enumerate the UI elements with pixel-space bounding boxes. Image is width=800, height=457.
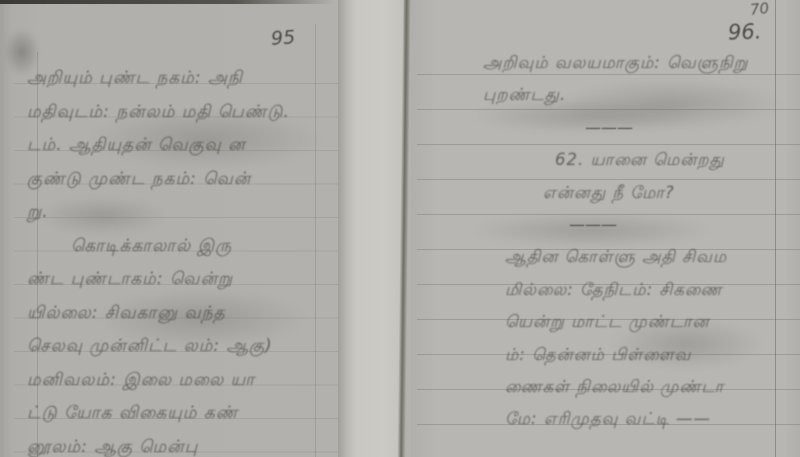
handwriting-line: யென்று மாட்ட முண்டான xyxy=(505,306,795,338)
handwriting-line: யில்லை: சிவகானு வந்த xyxy=(27,296,332,330)
handwritten-answer: ஆதின கொள்ளு அதி சிவமமில்லை: தேநிடம்: சிக… xyxy=(483,241,795,435)
right-page: 70 96. அறிவும் வலயமாகும்: வெளுநிறுபுறண்ட… xyxy=(411,0,800,457)
handwritten-paragraph: அறிவும் வலயமாகும்: வெளுநிறுபுறண்டது. xyxy=(483,47,795,112)
handwriting-line: டம். ஆதியுதன் வெகுவு ன xyxy=(27,128,332,162)
left-text-block: அறியும் புண்ட நகம்: அநிமதிவுடம்: நன்லம் … xyxy=(27,61,332,457)
manuscript-scan: 95 அறியும் புண்ட நகம்: அநிமதிவுடம்: நன்ல… xyxy=(0,0,800,457)
handwriting-line: அறியும் புண்ட நகம்: அநி xyxy=(27,61,332,95)
handwriting-line: னூலம்: ஆகு மென்பு xyxy=(27,430,332,457)
handwriting-line: ட்டு யோக விகையும் கண் xyxy=(27,396,332,430)
handwriting-line: ஆதின கொள்ளு அதி சிவம xyxy=(505,241,795,273)
handwritten-paragraph: கொடிக்காலால் இருண்ட புண்டாகம்: வென்றுயில… xyxy=(27,229,332,457)
handwriting-line: மே: எரிமுதவு வட்டி —— xyxy=(505,403,795,435)
separator-dash: ——— xyxy=(585,112,795,144)
handwriting-line: ணைகள் நிலையில் முண்டா xyxy=(505,371,795,403)
handwriting-line: மதிவுடம்: நன்லம் மதி பெண்டு. xyxy=(27,95,332,129)
handwriting-line: அறிவும் வலயமாகும்: வெளுநிறு xyxy=(483,47,795,79)
under-page-edge xyxy=(338,0,404,457)
handwriting-line: கொடிக்காலால் இரு xyxy=(71,229,332,263)
page-top-edge xyxy=(0,0,334,4)
handwritten-question: 62. யானை மென்றதுஎன்னது நீ மோ? xyxy=(483,144,795,209)
handwriting-line: மில்லை: தேநிடம்: சிகணை xyxy=(505,274,795,306)
left-page: 95 அறியும் புண்ட நகம்: அநிமதிவுடம்: நன்ல… xyxy=(0,0,340,457)
handwriting-line: 62. யானை மென்றது xyxy=(555,144,795,176)
handwriting-line: புறண்டது. xyxy=(483,79,795,111)
handwriting-line: செலவு முன்னிட்ட லம்: ஆகு) xyxy=(27,329,332,363)
separator-dash: ——— xyxy=(569,209,795,241)
handwriting-line: மனிவலம்: இலை மலை யா xyxy=(27,363,332,397)
right-text-block: அறிவும் வலயமாகும்: வெளுநிறுபுறண்டது. ———… xyxy=(483,47,795,436)
handwriting-line: ண்ட புண்டாகம்: வென்று xyxy=(27,262,332,296)
right-page-number: 96. xyxy=(728,19,762,44)
handwriting-line: என்னது நீ மோ? xyxy=(543,177,795,209)
handwriting-line: குண்டு முண்ட நகம்: வென் xyxy=(27,162,332,196)
handwriting-line: ம்: தென்னம் பிள்ளைவ xyxy=(505,339,795,371)
handwritten-paragraph: அறியும் புண்ட நகம்: அநிமதிவுடம்: நன்லம் … xyxy=(27,61,332,229)
left-page-number: 95 xyxy=(270,26,296,50)
handwriting-line: று. xyxy=(27,195,332,229)
folio-number: 70 xyxy=(749,0,770,19)
